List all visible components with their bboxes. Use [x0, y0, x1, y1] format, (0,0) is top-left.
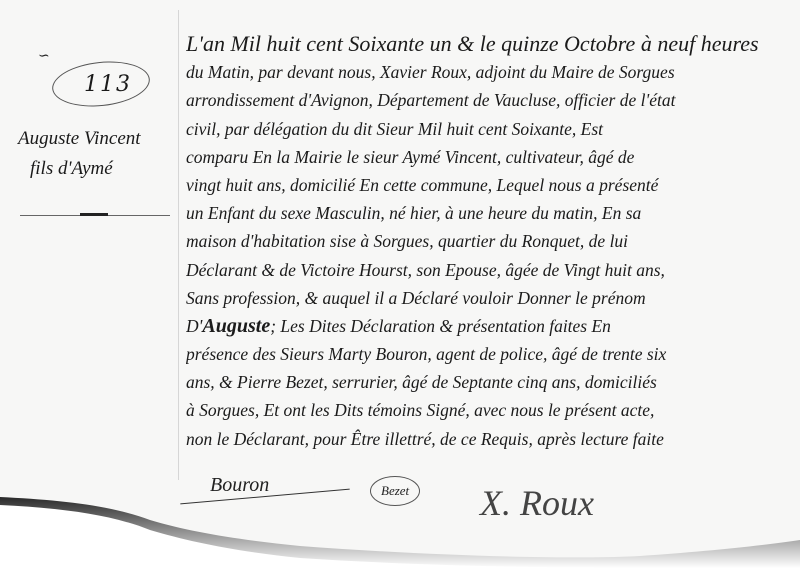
record-line: Déclarant & de Victoire Hourst, son Epou…: [186, 256, 786, 284]
given-name: Auguste: [202, 315, 270, 337]
record-line: L'an Mil huit cent Soixante un & le quin…: [186, 30, 786, 58]
signature-officer: X. Roux: [480, 482, 594, 524]
record-line: non le Déclarant, pour Être illettré, de…: [186, 425, 786, 453]
signature-witness-1: Bouron: [210, 474, 269, 497]
margin-child-name: Auguste Vincent: [18, 128, 141, 150]
entry-number: 113: [84, 72, 132, 97]
margin-mark: ∽: [38, 48, 50, 64]
record-line: un Enfant du sexe Masculin, né hier, à u…: [186, 199, 786, 227]
margin-filiation: fils d'Aymé: [30, 158, 113, 180]
record-line: comparu En la Mairie le sieur Aymé Vince…: [186, 143, 786, 171]
record-body: L'an Mil huit cent Soixante un & le quin…: [186, 30, 786, 453]
record-line-given-name: D'Auguste; Les Dites Déclaration & prése…: [186, 312, 786, 340]
record-line: présence des Sieurs Marty Bouron, agent …: [186, 340, 786, 368]
record-line: civil, par délégation du dit Sieur Mil h…: [186, 115, 786, 143]
record-line: arrondissement d'Avignon, Département de…: [186, 86, 786, 114]
record-line: du Matin, par devant nous, Xavier Roux, …: [186, 58, 786, 86]
signature-witness-2: Bezet: [370, 476, 420, 506]
record-line: à Sorgues, Et ont les Dits témoins Signé…: [186, 396, 786, 424]
register-page: ∽ 113 Auguste Vincent fils d'Aymé L'an M…: [0, 0, 800, 568]
record-line: ans, & Pierre Bezet, serrurier, âgé de S…: [186, 368, 786, 396]
record-line: Sans profession, & auquel il a Déclaré v…: [186, 284, 786, 312]
record-line: vingt huit ans, domicilié En cette commu…: [186, 171, 786, 199]
record-line: maison d'habitation sise à Sorgues, quar…: [186, 227, 786, 255]
margin-separator-mark: [80, 213, 108, 216]
margin-rule: [178, 10, 179, 480]
